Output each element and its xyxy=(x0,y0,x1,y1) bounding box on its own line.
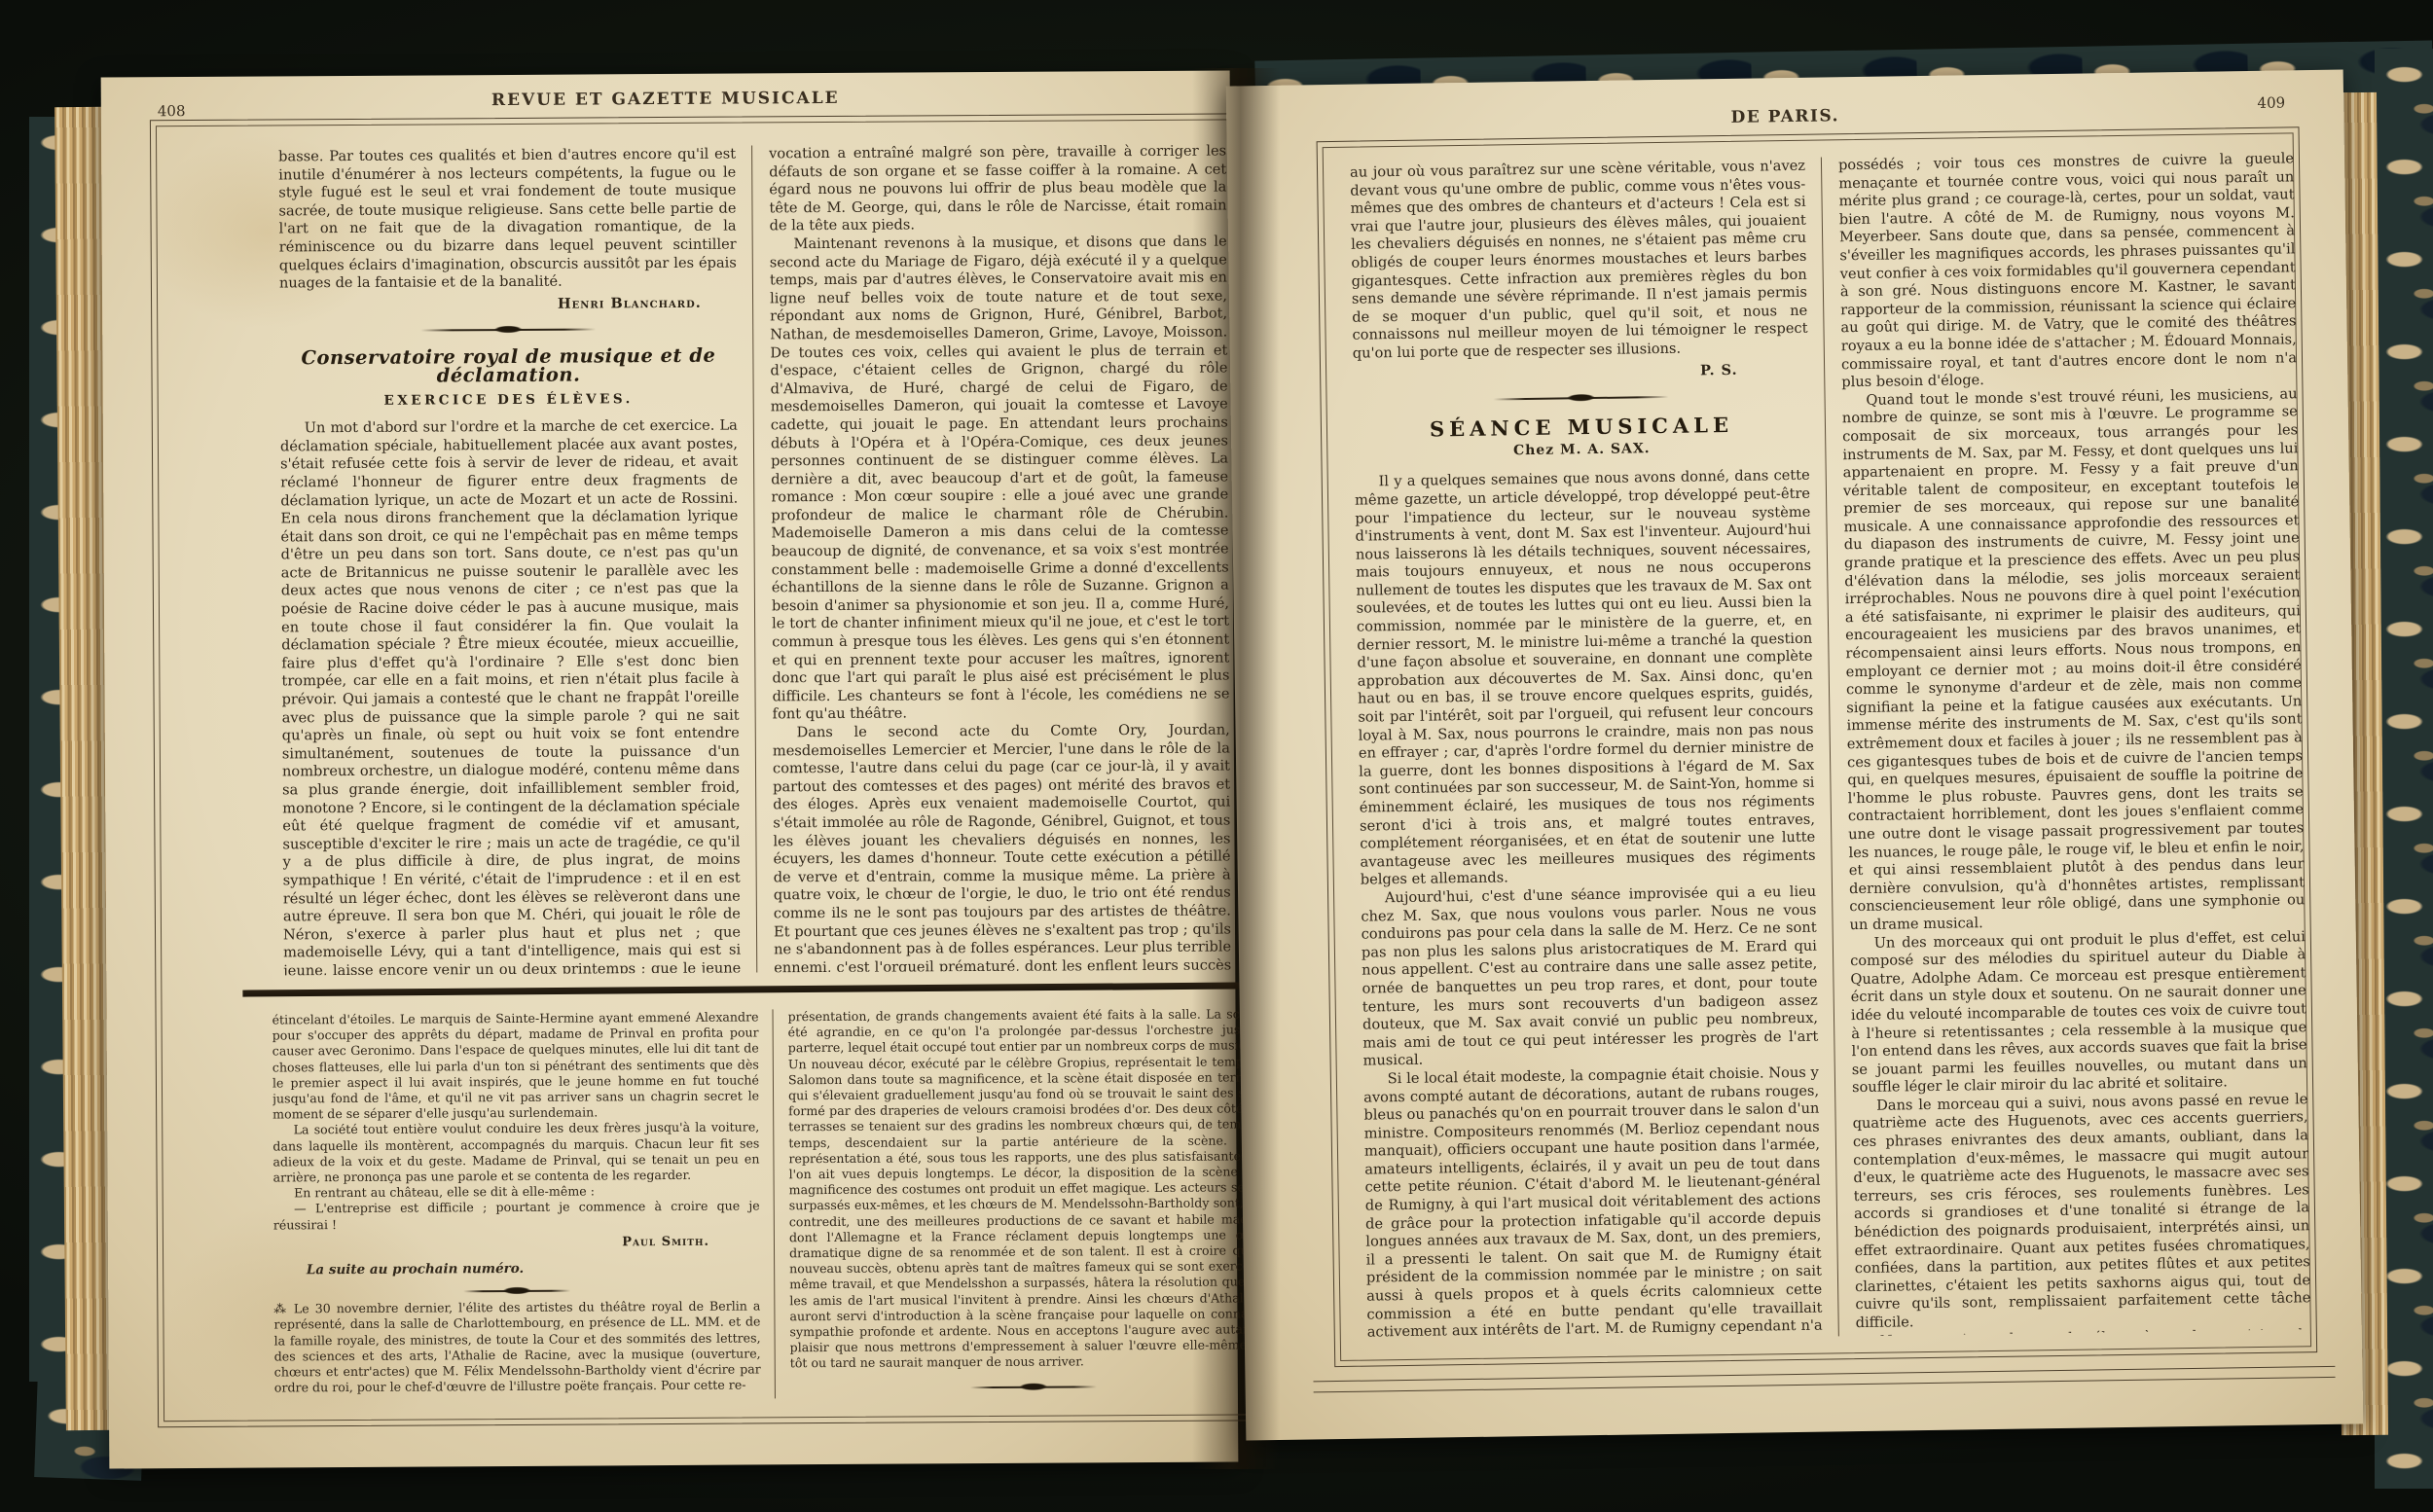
paragraph: Un mot d'abord sur l'ordre et la marche … xyxy=(280,417,741,976)
divider-ornament xyxy=(420,323,596,338)
article-body-paragraphs: Un mot d'abord sur l'ordre et la marche … xyxy=(280,417,741,976)
serial-continuation-note: La suite au prochain numéro. xyxy=(273,1259,760,1278)
article-body-paragraphs: Il y a quelques semaines que nous avons … xyxy=(1355,467,1823,1344)
paragraph: possédés ; voir tous ces monstres de cui… xyxy=(1838,150,2298,392)
article-body-paragraphs: vocation a entraîné malgré son père, tra… xyxy=(769,142,1231,972)
left-page: 408 REVUE ET GAZETTE MUSICALE basse. Par… xyxy=(101,70,1239,1468)
paragraph: Un des morceaux qui ont produit le plus … xyxy=(1850,928,2307,1098)
berlin-athalie-footnote: ⁂ Le 30 novembre dernier, l'élite des ar… xyxy=(273,1299,761,1396)
divider-ornament xyxy=(463,1284,570,1299)
divider-ornament xyxy=(1493,390,1668,407)
divider-ornament xyxy=(970,1380,1097,1394)
feuilleton-paragraphs: étincelant d'étoiles. Le marquis de Sain… xyxy=(272,1009,760,1233)
article-end-paragraphs: basse. Par toutes ces qualités et bien d… xyxy=(278,146,737,294)
right-column-2: possédés ; voir tous ces monstres de cui… xyxy=(1838,150,2311,1336)
article-title: Conservatoire royal de musique et de déc… xyxy=(279,347,737,386)
book-photograph: 408 REVUE ET GAZETTE MUSICALE basse. Par… xyxy=(0,0,2433,1512)
article-subtitle: EXERCICE DES ÉLÈVES. xyxy=(280,389,738,410)
signature-ps: P. S. xyxy=(1353,360,1808,385)
paragraph: étincelant d'étoiles. Le marquis de Sain… xyxy=(272,1009,760,1122)
right-column-1: au jour où vous paraîtrez sur une scène … xyxy=(1350,158,1823,1344)
paragraph: Si le local était modeste, la compagnie … xyxy=(1363,1064,1823,1344)
section-title-seance-musicale: SÉANCE MUSICALE xyxy=(1354,415,1809,441)
paragraph: Quand tout le monde s'est trouvé réuni, … xyxy=(1841,385,2305,935)
paragraph: — L'entreprise est difficile ; pourtant … xyxy=(273,1199,760,1233)
author-signature-paul-smith: Paul Smith. xyxy=(273,1234,760,1252)
left-column-2: vocation a entraîné malgré son père, tra… xyxy=(769,142,1231,972)
author-signature-blanchard: Henri Blanchard. xyxy=(279,294,737,314)
paragraph: basse. Par toutes ces qualités et bien d… xyxy=(278,146,737,294)
section-subtitle-chez-sax: Chez M. A. SAX. xyxy=(1354,437,1809,462)
folio-number-right: 409 xyxy=(2257,93,2285,111)
book-gutter-shadow xyxy=(1192,68,1280,1469)
paragraph: au jour où vous paraîtrez sur une scène … xyxy=(1350,158,1808,363)
paragraph: Dans le morceau qui a suivi, nous avons … xyxy=(1852,1091,2311,1333)
article-end-paragraphs: au jour où vous paraîtrez sur une scène … xyxy=(1350,158,1808,363)
paragraph: Dans le second acte du Comte Ory, Jourda… xyxy=(773,721,1232,972)
paragraph: Il y a quelques semaines que nous avons … xyxy=(1355,467,1816,890)
page-bottom-rules xyxy=(1313,1366,2335,1393)
article-body-paragraphs: possédés ; voir tous ces monstres de cui… xyxy=(1838,150,2311,1336)
paragraph: La société tout entière voulut conduire … xyxy=(272,1120,759,1186)
left-column-1: basse. Par toutes ces qualités et bien d… xyxy=(278,146,741,976)
running-title-left: REVUE ET GAZETTE MUSICALE xyxy=(101,86,1230,112)
feuilleton-column-1: étincelant d'étoiles. Le marquis de Sain… xyxy=(272,1009,762,1413)
paragraph: Maintenant revenons à la musique, et dis… xyxy=(770,233,1230,724)
paragraph: Aujourd'hui, c'est d'une séance improvis… xyxy=(1361,883,1819,1071)
right-page: DE PARIS. 409 au jour où vous paraîtrez … xyxy=(1226,70,2364,1441)
paragraph: vocation a entraîné malgré son père, tra… xyxy=(769,142,1227,235)
